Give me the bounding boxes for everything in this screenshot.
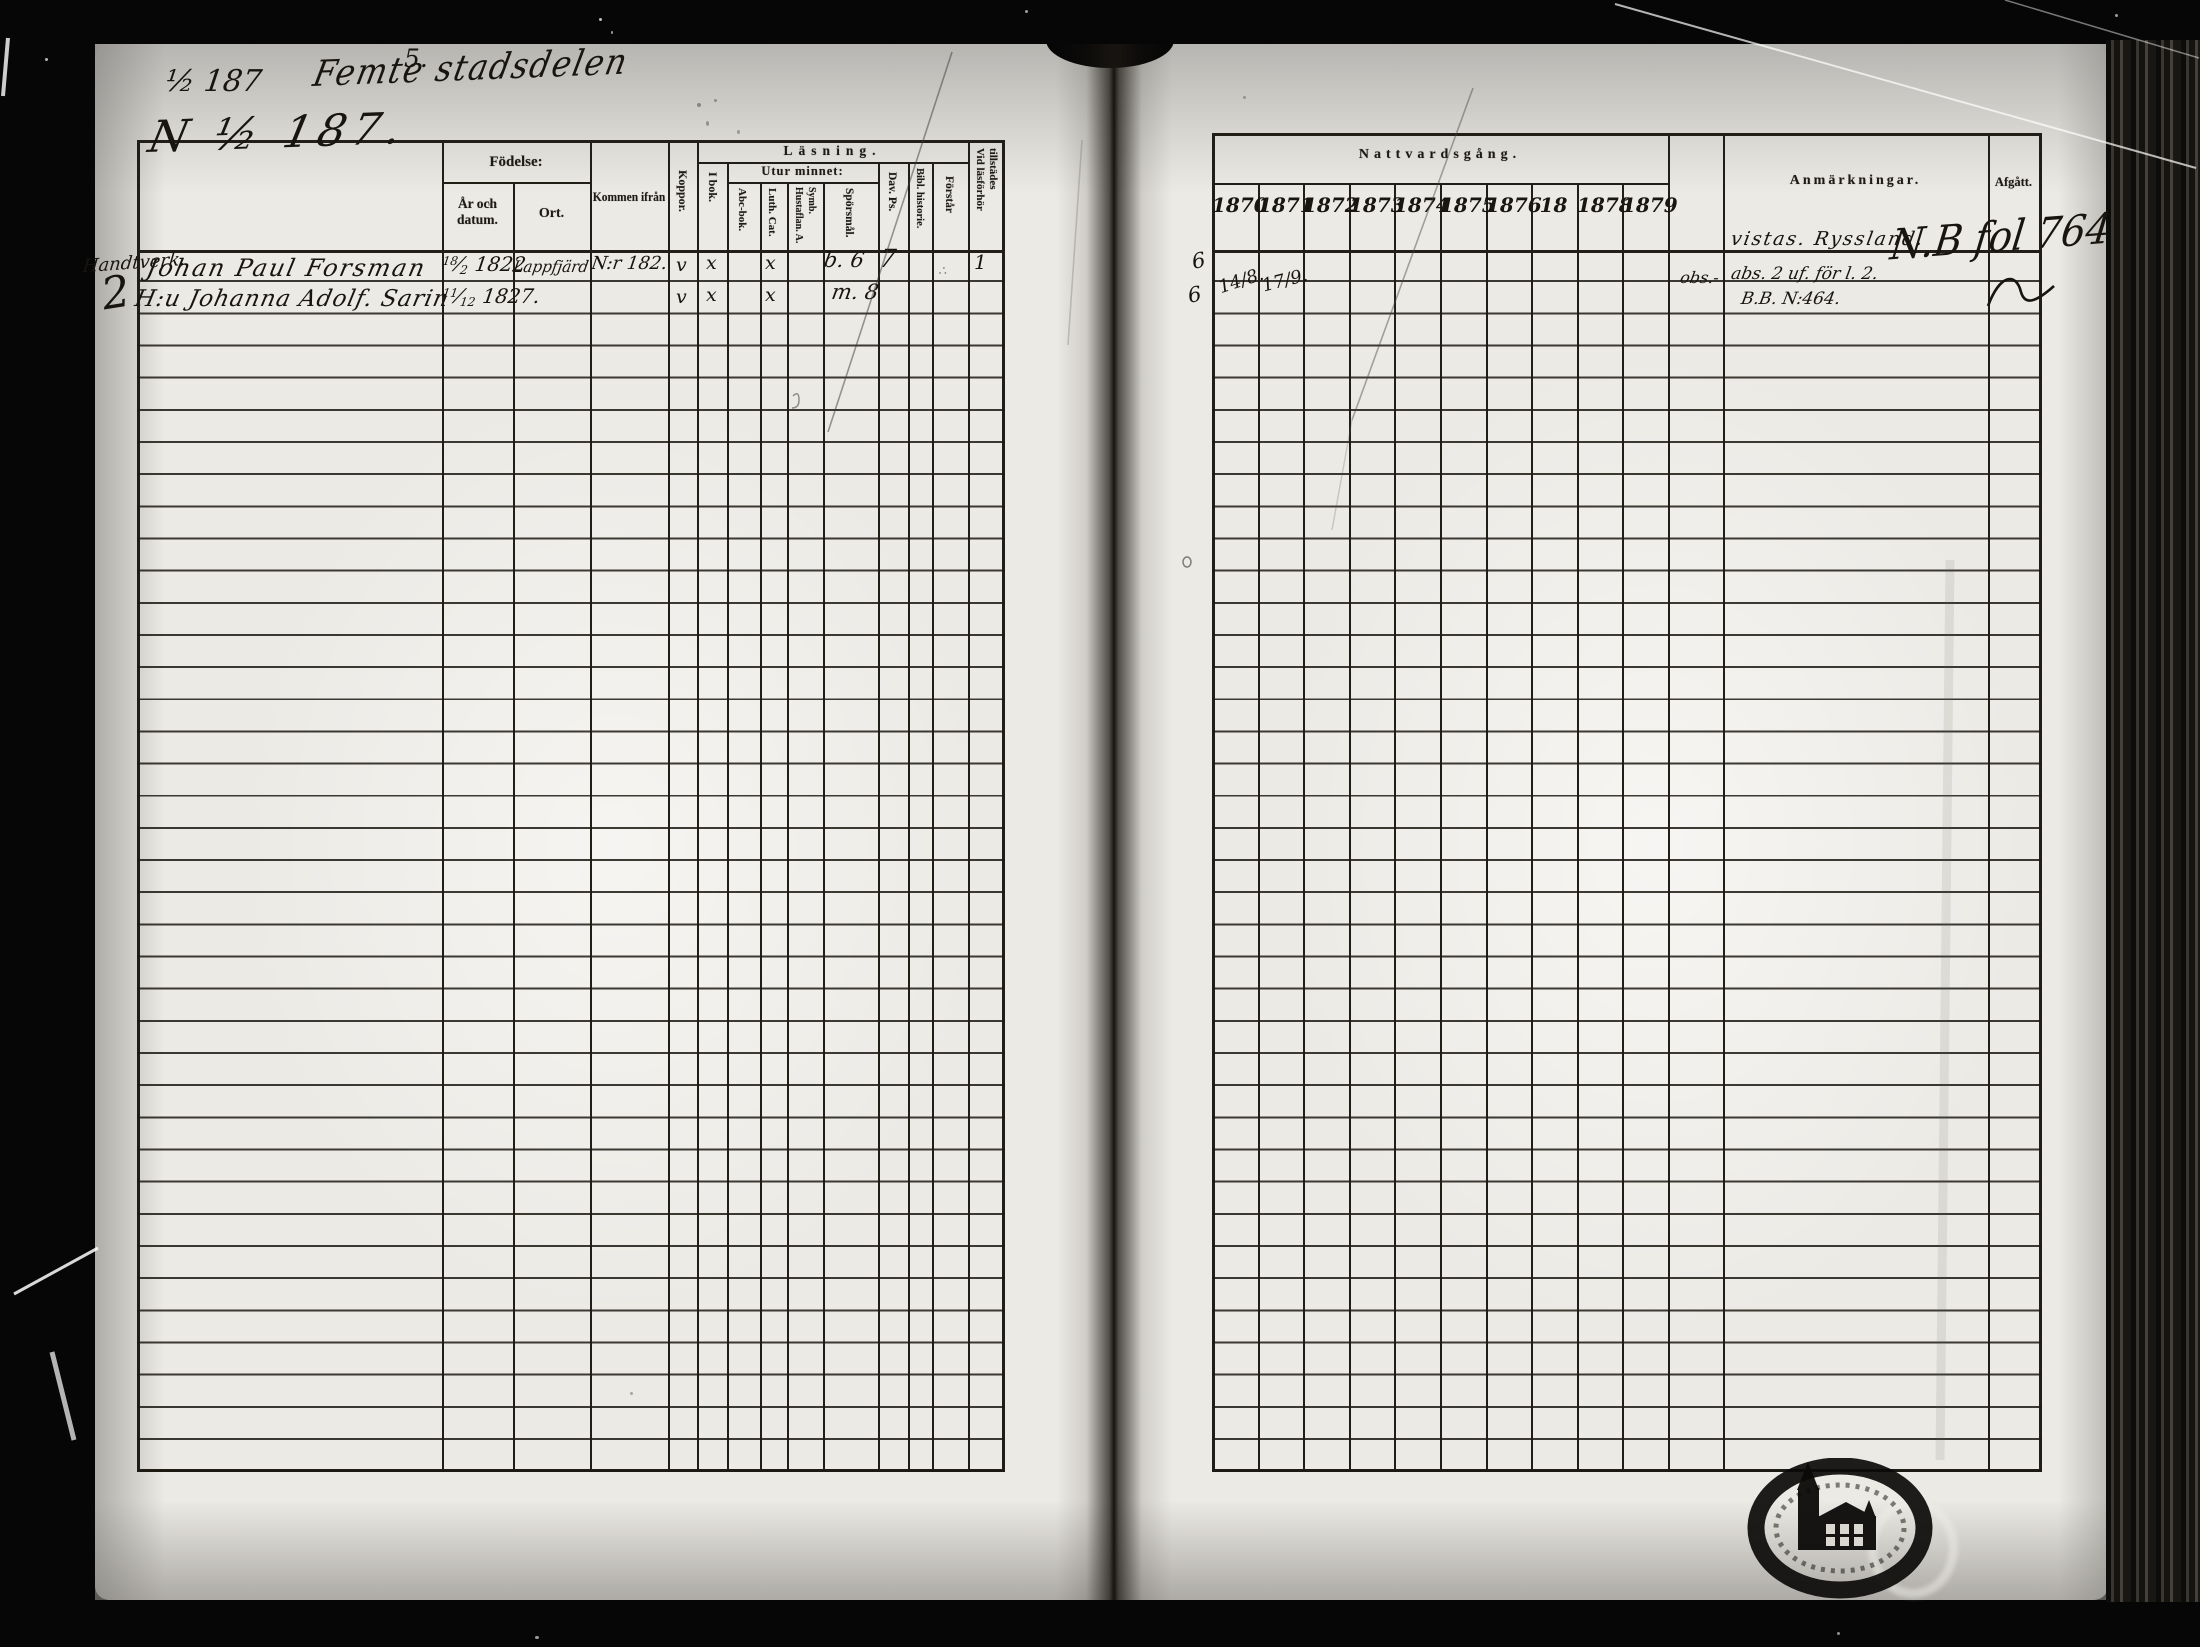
column-header-lasning: Läsning. <box>697 143 968 159</box>
column-header-dav-ps: Dav. Ps. <box>886 172 898 248</box>
ledger-rows-right <box>1212 250 2042 1472</box>
year-header-1873: 1873 <box>1349 193 1394 217</box>
koppor-mark-row2: v <box>676 286 687 308</box>
name-row1: Johan Paul Forsman <box>144 254 429 282</box>
luthcat-mark-row2: x <box>765 284 776 306</box>
year-header-1872: 1872 <box>1303 193 1348 217</box>
forstar-smudge-row1: ∴ <box>938 264 946 279</box>
page-gutter-shadow <box>1056 44 1172 1600</box>
column-header-kommen-ifran: Kommen ifrån <box>590 190 667 204</box>
ink-speck <box>706 121 709 126</box>
scanned-parish-register-spread: ½ 187 5. Femte stadsdelen Födelse: År oc… <box>0 0 2200 1647</box>
sporsmal-row1: b. 6 <box>822 248 866 272</box>
right-table: Nattvardsgång. 1870 1871 1872 1873 1874 … <box>1212 133 2042 1472</box>
year-header-1871: 1871 <box>1258 193 1303 217</box>
leaf-number: ½ 187 <box>163 64 264 99</box>
column-header-hustaflan: Hustaflan. A. Symb. <box>792 187 822 249</box>
year-header-1875: 1875 <box>1440 193 1485 217</box>
column-header-afgatt: Afgått. <box>1988 175 2039 189</box>
column-header-ort: Ort. <box>513 206 590 222</box>
left-table: Födelse: År och datum. Ort. Kommen ifrån… <box>137 140 1005 1472</box>
column-header-bibl-historie: Bibl. historie. <box>914 168 925 248</box>
year-header-1877-blank: 18 <box>1531 193 1576 217</box>
paper-right-shading <box>2058 44 2108 1600</box>
dust-speck <box>1837 1632 1840 1635</box>
column-header-utur-minnet: Utur minnet: <box>727 164 878 178</box>
column-header-ar-och-datum: År och datum. <box>440 196 515 227</box>
column-header-koppor: Koppor. <box>675 170 690 248</box>
column-header-luth-cat: Luth. Cat. <box>766 188 778 248</box>
dust-speck <box>1025 10 1028 13</box>
dust-speck <box>535 1636 539 1639</box>
column-header-vid-lasforhor: Vid läsförhör tillstädes <box>973 148 1001 248</box>
kommen-ifran-row1: N:r 182. <box>590 253 669 274</box>
column-header-forstar: Förstår <box>943 176 955 248</box>
ledger-rows-left <box>137 250 1005 1472</box>
year-header-1874: 1874 <box>1394 193 1439 217</box>
ink-speck <box>737 130 740 134</box>
remark-row2-line1: abs. 2 uf. för l. 2. <box>1729 264 1879 284</box>
column-header-abc-bok: Abc-bok. <box>736 188 748 248</box>
year-header-1870: 1870 <box>1212 193 1257 217</box>
birth-place-row1: Lappfjärd <box>512 257 590 276</box>
year-header-1878: 1878 <box>1577 193 1622 217</box>
dust-speck <box>45 58 48 61</box>
vidlasforhor-row1: 1 <box>974 250 987 274</box>
ink-speck <box>488 203 491 206</box>
grid-line <box>1212 133 2042 136</box>
dust-speck <box>599 18 602 21</box>
dust-speck <box>2115 14 2118 17</box>
sporsmal-row2: m. 8 <box>830 280 881 304</box>
ink-speck <box>714 99 717 102</box>
column-header-nattvardsgang: Nattvardsgång. <box>1212 147 1668 163</box>
ibok-mark-row2: x <box>706 284 717 306</box>
year-header-1879: 1879 <box>1622 193 1667 217</box>
luthcat-mark-row1: x <box>765 252 776 274</box>
name-row2: H:u Johanna Adolf. Sarin <box>132 286 451 312</box>
year-header-1876: 1876 <box>1486 193 1531 217</box>
column-header-fodelse: Födelse: <box>442 154 590 171</box>
remark-row2-line2: B.B. N:464. <box>1739 289 1842 309</box>
birth-date-row2: 11⁄12 1827. <box>440 284 541 309</box>
ibok-mark-row1: x <box>706 252 717 274</box>
ink-speck <box>1243 96 1246 99</box>
ink-speck <box>630 1392 633 1395</box>
column-header-sporsmal: Spörsmål. <box>843 188 855 248</box>
grid-line <box>442 182 590 184</box>
ink-speck <box>697 103 701 107</box>
column-header-anmarkningar: Anmärkningar. <box>1723 173 1988 189</box>
grid-line <box>727 182 878 184</box>
obs-mark-row2: obs.- <box>1679 268 1721 287</box>
koppor-mark-row1: v <box>676 254 687 276</box>
column-header-i-bok: I bok. <box>705 172 720 248</box>
page-edge-stack <box>2106 40 2200 1602</box>
dust-speck <box>611 31 613 34</box>
church-seal-stamp <box>1742 1458 1938 1606</box>
record-number: N ½ 187. <box>144 103 412 163</box>
